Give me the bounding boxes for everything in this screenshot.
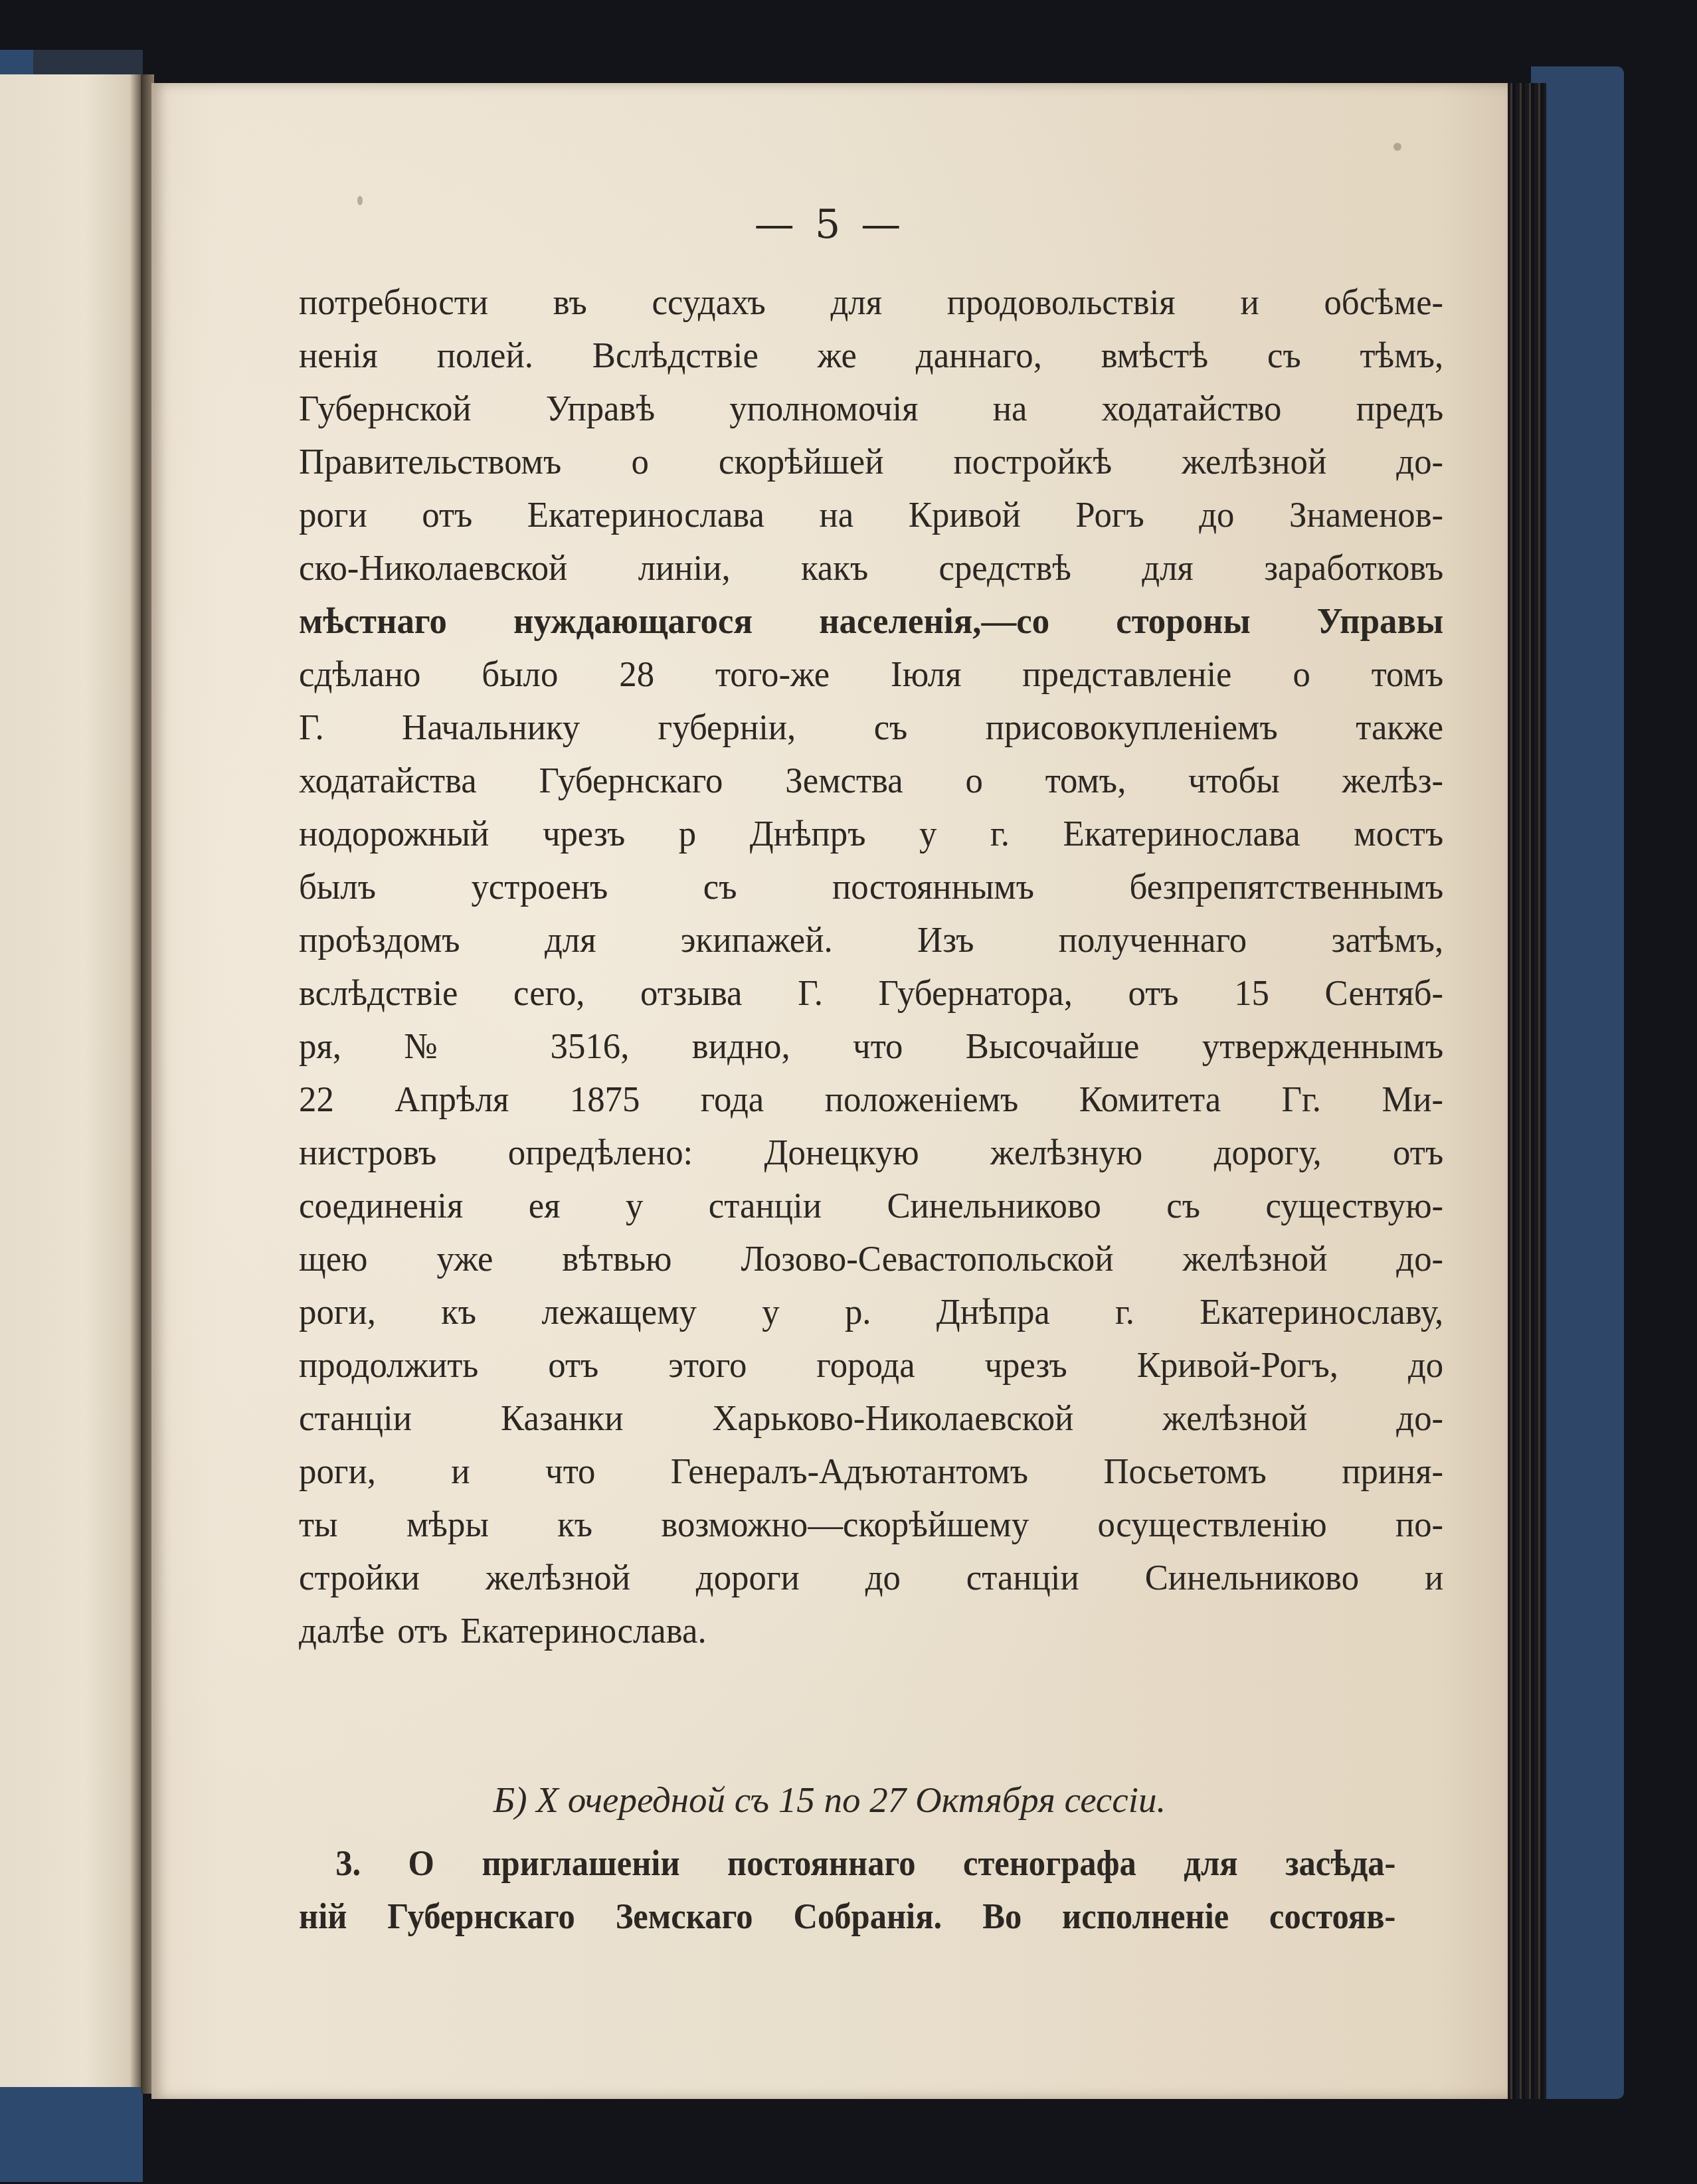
- text-line: ходатайства Губернскаго Земства о томъ, …: [299, 754, 1443, 807]
- text-line: мѣстнаго нуждающагося населенія,—со стор…: [299, 594, 1443, 648]
- text-line: стройки желѣзной дороги до станціи Синел…: [299, 1551, 1443, 1604]
- page-edges: [1506, 83, 1546, 2099]
- text-line: роги, и что Генералъ-Адъютантомъ Посьето…: [299, 1445, 1443, 1498]
- left-cover-edge: [33, 50, 143, 76]
- text-line: станціи Казанки Харьково-Николаевской же…: [299, 1392, 1443, 1445]
- text-line: роги отъ Екатеринослава на Кривой Рогъ д…: [299, 488, 1443, 541]
- section-heading: Б) X очередной съ 15 по 27 Октября сессі…: [151, 1779, 1508, 1821]
- text-line: 22 Апрѣля 1875 года положеніемъ Комитета…: [299, 1073, 1443, 1126]
- text-line: Г. Начальнику губерніи, съ присовокуплен…: [299, 701, 1443, 754]
- text-line: ско-Николаевской линіи, какъ средствѣ дл…: [299, 541, 1443, 594]
- text-line: соединенія ея у станціи Синельниково съ …: [299, 1179, 1443, 1232]
- text-line: ненія полей. Вслѣдствіе же даннаго, вмѣс…: [299, 329, 1443, 382]
- text-line: ря, № 3516, видно, что Высочайше утвержд…: [299, 1020, 1443, 1073]
- text-line: ты мѣры къ возможно—скорѣйшему осуществл…: [299, 1498, 1443, 1551]
- facing-page-edge: [0, 74, 141, 2087]
- paper-stain: [1393, 143, 1401, 151]
- text-line: былъ устроенъ съ постояннымъ безпрепятст…: [299, 860, 1443, 913]
- text-line: щею уже вѣтвью Лозово-Севастопольской же…: [299, 1232, 1443, 1285]
- text-line: далѣе отъ Екатеринослава.: [299, 1604, 1443, 1657]
- text-line: проѣздомъ для экипажей. Изъ полученнаго …: [299, 913, 1443, 966]
- book-page: — 5 — потребности въ ссудахъ для продово…: [151, 83, 1508, 2099]
- text-line: нистровъ опредѣлено: Донецкую желѣзную д…: [299, 1126, 1443, 1179]
- section-item: 3. О приглашеніи постояннаго стенографа …: [299, 1837, 1395, 1943]
- text-line: потребности въ ссудахъ для продовольстві…: [299, 276, 1443, 329]
- text-line: 3. О приглашеніи постояннаго стенографа …: [299, 1837, 1395, 1890]
- page-number: — 5 —: [151, 201, 1508, 248]
- text-line: роги, къ лежащему у р. Днѣпра г. Екатери…: [299, 1285, 1443, 1338]
- text-line: нодорожный чрезъ р Днѣпръ у г. Екатерино…: [299, 807, 1443, 860]
- body-text: потребности въ ссудахъ для продовольстві…: [299, 276, 1443, 1657]
- text-line: Губернской Управѣ уполномочія на ходатай…: [299, 382, 1443, 435]
- text-line: вслѣдствіе сего, отзыва Г. Губернатора, …: [299, 966, 1443, 1020]
- text-line: продолжить отъ этого города чрезъ Кривой…: [299, 1338, 1443, 1392]
- text-line: сдѣлано было 28 того-же Іюля представлен…: [299, 648, 1443, 701]
- text-line: Правительствомъ о скорѣйшей постройкѣ же…: [299, 435, 1443, 488]
- text-line: ній Губернскаго Земскаго Собранія. Во ис…: [299, 1890, 1395, 1943]
